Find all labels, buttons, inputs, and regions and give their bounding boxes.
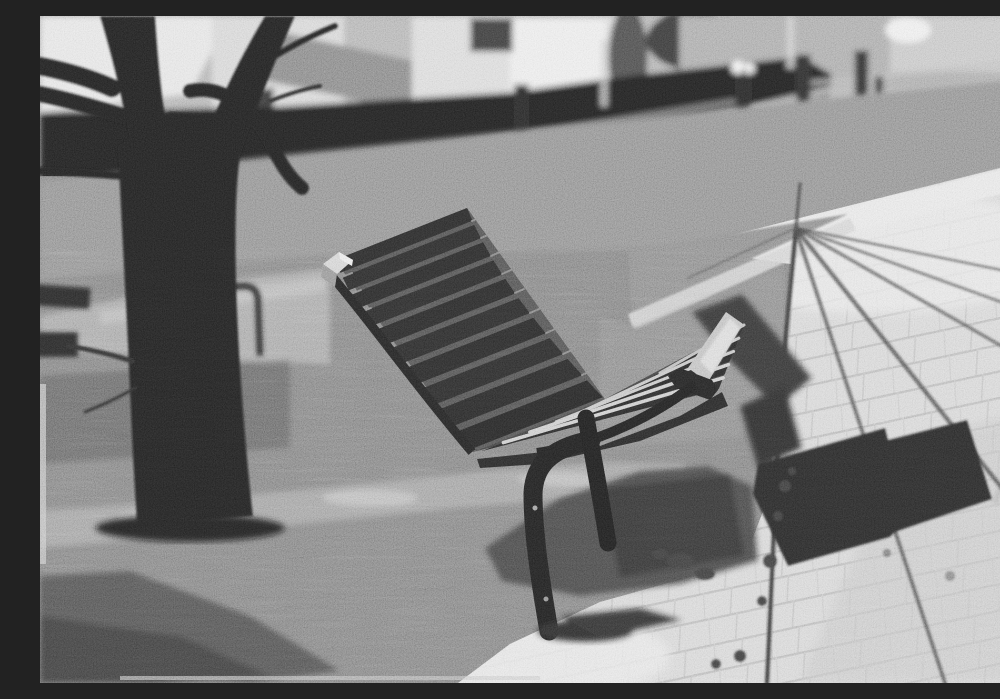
film-grain-overlay — [40, 16, 1000, 683]
scene-svg — [40, 16, 1000, 683]
bw-park-bench-photo: Grainy black-and-white photograph of an … — [40, 16, 1000, 683]
